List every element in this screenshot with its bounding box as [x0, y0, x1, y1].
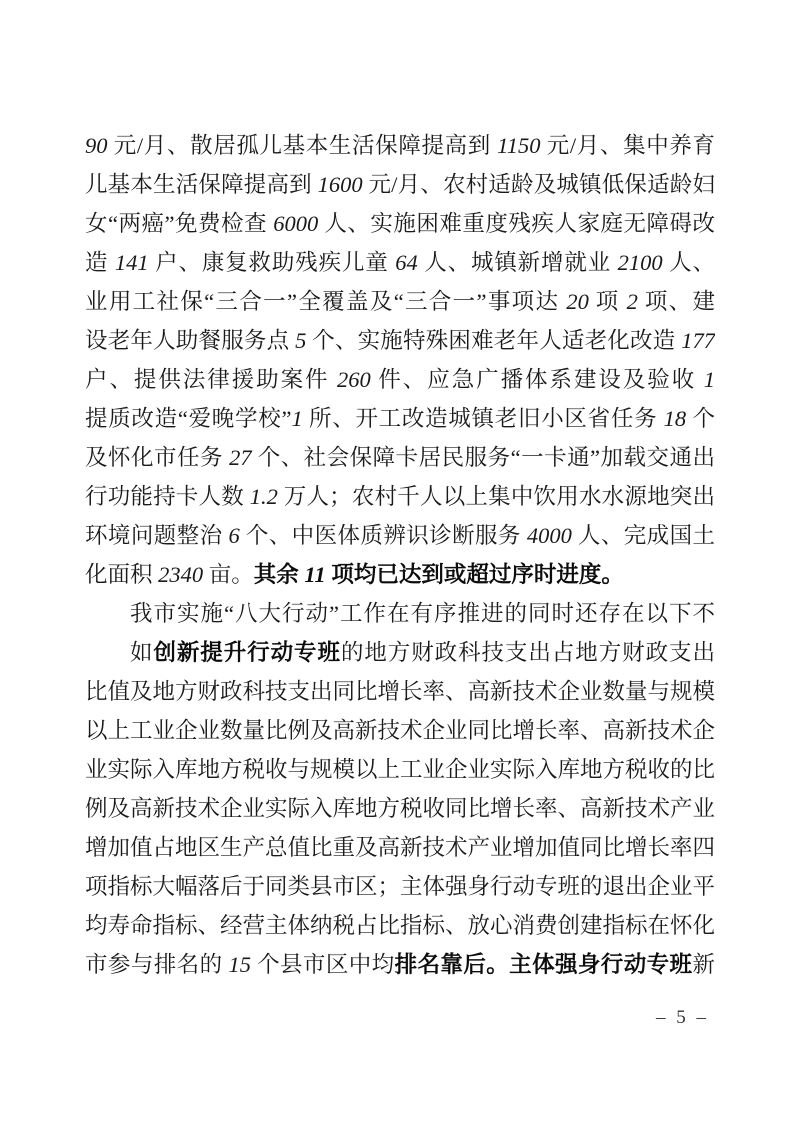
text-segment: 27 — [229, 445, 258, 470]
text-segment: 排名靠后。主体强身行动专班 — [395, 952, 693, 977]
text-segment: 个、中医体质辨识诊断服务 — [246, 523, 527, 548]
text-line: 以上工业企业数量比例及高新技术企业同比增长率、高新技术企 — [85, 711, 715, 750]
text-segment: 创新提升行动专班 — [153, 640, 341, 665]
text-line: 行功能持卡人数 1.2 万人；农村千人以上集中饮用水水源地突出 — [85, 477, 715, 516]
document-page: 90 元/月、散居孤儿基本生活保障提高到 1150 元/月、集中养育孤儿基本生活… — [0, 0, 793, 1122]
text-segment: 比值及地方财政科技支出同比增长率、高新技术企业数量与规模 — [85, 679, 715, 704]
text-segment: 如 — [130, 640, 153, 665]
text-segment: 我市实施“八大行动”工作在有序推进的同时还存在以下不足： — [85, 601, 715, 633]
text-segment: 件、应急广播体系建设及验收 — [378, 367, 703, 392]
text-line: 儿基本生活保障提高到 1600 元/月、农村适龄及城镇低保适龄妇 — [85, 165, 715, 204]
text-segment: 元/月、农村适龄及城镇低保适龄妇 — [368, 172, 715, 197]
text-segment: 增加值占地区生产总值比重及高新技术产业增加值同比增长率四 — [85, 835, 715, 860]
text-segment: 1150 — [497, 133, 547, 158]
text-segment: 人、实施困难重度残疾人家庭无障碍改 — [324, 211, 715, 236]
text-line: 业用工社保“三合一”全覆盖及“三合一”事项达 20 项 2 项、建 — [85, 282, 715, 321]
text-segment: 元/月、散居孤儿基本生活保障提高到 — [114, 133, 497, 158]
text-segment: 化面积 — [85, 562, 158, 587]
text-segment: 15 — [229, 952, 258, 977]
text-segment: 市参与排名的 — [85, 952, 229, 977]
text-segment: 业实际入库地方税收与规模以上工业企业实际入库地方税收的比 — [85, 757, 715, 782]
text-segment: 5 — [295, 328, 312, 353]
text-segment: 环境问题整治 — [85, 523, 229, 548]
text-segment: 6 — [229, 523, 246, 548]
page-footer: – 5 – — [656, 1006, 709, 1030]
text-segment: 万人；农村千人以上集中饮用水水源地突出 — [284, 484, 715, 509]
text-line: 项指标大幅落后于同类县市区；主体强身行动专班的退出企业平 — [85, 867, 715, 906]
text-segment: 亩。 — [209, 562, 254, 587]
text-segment: 及怀化市任务 — [85, 445, 229, 470]
text-segment: 1600 — [318, 172, 369, 197]
text-segment: 业用工社保“三合一”全覆盖及“三合一”事项达 — [85, 289, 566, 314]
text-line: 90 元/月、散居孤儿基本生活保障提高到 1150 元/月、集中养育孤 — [85, 126, 715, 165]
text-segment: 64 — [395, 250, 424, 275]
text-line: 市参与排名的 15 个县市区中均排名靠后。主体强身行动专班新 — [85, 945, 715, 984]
text-segment: 所、开工改造城镇老旧小区省任务 — [309, 406, 664, 431]
text-segment: 18 — [664, 406, 693, 431]
text-segment: 儿基本生活保障提高到 — [85, 172, 318, 197]
text-segment: 的地方财政科技支出占地方财政支出 — [341, 640, 715, 665]
text-segment: 女“两癌”免费检查 — [85, 211, 273, 236]
text-segment: 11 — [304, 562, 331, 587]
text-line: 及怀化市任务 27 个、社会保障卡居民服务“一卡通”加载交通出 — [85, 438, 715, 477]
text-segment: 项、建 — [645, 289, 715, 314]
text-segment: 个县市区中均 — [257, 952, 395, 977]
text-line: 户、提供法律援助案件 260 件、应急广播体系建设及验收 1 个、 — [85, 360, 715, 399]
text-segment: 2340 — [158, 562, 209, 587]
text-segment: 20 — [566, 289, 595, 314]
text-line: 造 141 户、康复救助残疾儿童 64 人、城镇新增就业 2100 人、就 — [85, 243, 715, 282]
text-segment: 人、城镇新增就业 — [424, 250, 617, 275]
text-segment: 行功能持卡人数 — [85, 484, 250, 509]
page-number: – 5 – — [656, 1007, 709, 1028]
text-line: 我市实施“八大行动”工作在有序推进的同时还存在以下不足： — [85, 594, 715, 633]
text-segment: 个 — [692, 406, 715, 431]
text-segment: 个、社会保障卡居民服务“一卡通”加载交通出 — [258, 445, 715, 470]
text-segment: 户、康复救助残疾儿童 — [155, 250, 395, 275]
text-segment: 177 — [681, 328, 715, 353]
text-line: 化面积 2340 亩。其余 11 项均已达到或超过序时进度。 — [85, 555, 715, 594]
text-line: 比值及地方财政科技支出同比增长率、高新技术企业数量与规模 — [85, 672, 715, 711]
text-line: 业实际入库地方税收与规模以上工业企业实际入库地方税收的比 — [85, 750, 715, 789]
text-line: 均寿命指标、经营主体纳税占比指标、放心消费创建指标在怀化 — [85, 906, 715, 945]
text-segment: 其余 — [254, 562, 305, 587]
text-line: 例及高新技术企业实际入库地方税收同比增长率、高新技术产业 — [85, 789, 715, 828]
text-segment: 以上工业企业数量比例及高新技术企业同比增长率、高新技术企 — [85, 718, 715, 743]
text-segment: 1 — [704, 367, 715, 392]
text-segment: 1.2 — [250, 484, 284, 509]
text-segment: 1 — [291, 406, 309, 431]
text-segment: 2100 — [618, 250, 670, 275]
text-segment: 提质改造“爱晚学校” — [85, 406, 291, 431]
text-segment: 户、提供法律援助案件 — [85, 367, 337, 392]
text-segment: 个、实施特殊困难老年人适老化改造 — [312, 328, 681, 353]
text-line: 如创新提升行动专班的地方财政科技支出占地方财政支出 — [85, 633, 715, 672]
text-segment: 4000 — [527, 523, 578, 548]
text-line: 女“两癌”免费检查 6000 人、实施困难重度残疾人家庭无障碍改 — [85, 204, 715, 243]
text-segment: 项 — [596, 289, 627, 314]
text-line: 设老年人助餐服务点 5 个、实施特殊困难老年人适老化改造 177 — [85, 321, 715, 360]
text-segment: 260 — [337, 367, 378, 392]
text-segment: 造 — [85, 250, 115, 275]
text-segment: 均寿命指标、经营主体纳税占比指标、放心消费创建指标在怀化 — [85, 913, 715, 938]
text-segment: 项指标大幅落后于同类县市区；主体强身行动专班的退出企业平 — [85, 874, 715, 899]
text-segment: 设老年人助餐服务点 — [85, 328, 295, 353]
text-segment: 90 — [85, 133, 114, 158]
text-line: 提质改造“爱晚学校”1 所、开工改造城镇老旧小区省任务 18 个 — [85, 399, 715, 438]
text-segment: 6000 — [273, 211, 324, 236]
text-segment: 141 — [115, 250, 155, 275]
text-line: 环境问题整治 6 个、中医体质辨识诊断服务 4000 人、完成国土绿 — [85, 516, 715, 555]
text-line: 增加值占地区生产总值比重及高新技术产业增加值同比增长率四 — [85, 828, 715, 867]
text-segment: 项均已达到或超过序时进度。 — [331, 562, 624, 587]
text-segment: 新 — [692, 952, 715, 977]
text-segment: 2 — [627, 289, 645, 314]
text-segment: 例及高新技术企业实际入库地方税收同比增长率、高新技术产业 — [85, 796, 715, 821]
text-block: 90 元/月、散居孤儿基本生活保障提高到 1150 元/月、集中养育孤儿基本生活… — [85, 126, 715, 984]
